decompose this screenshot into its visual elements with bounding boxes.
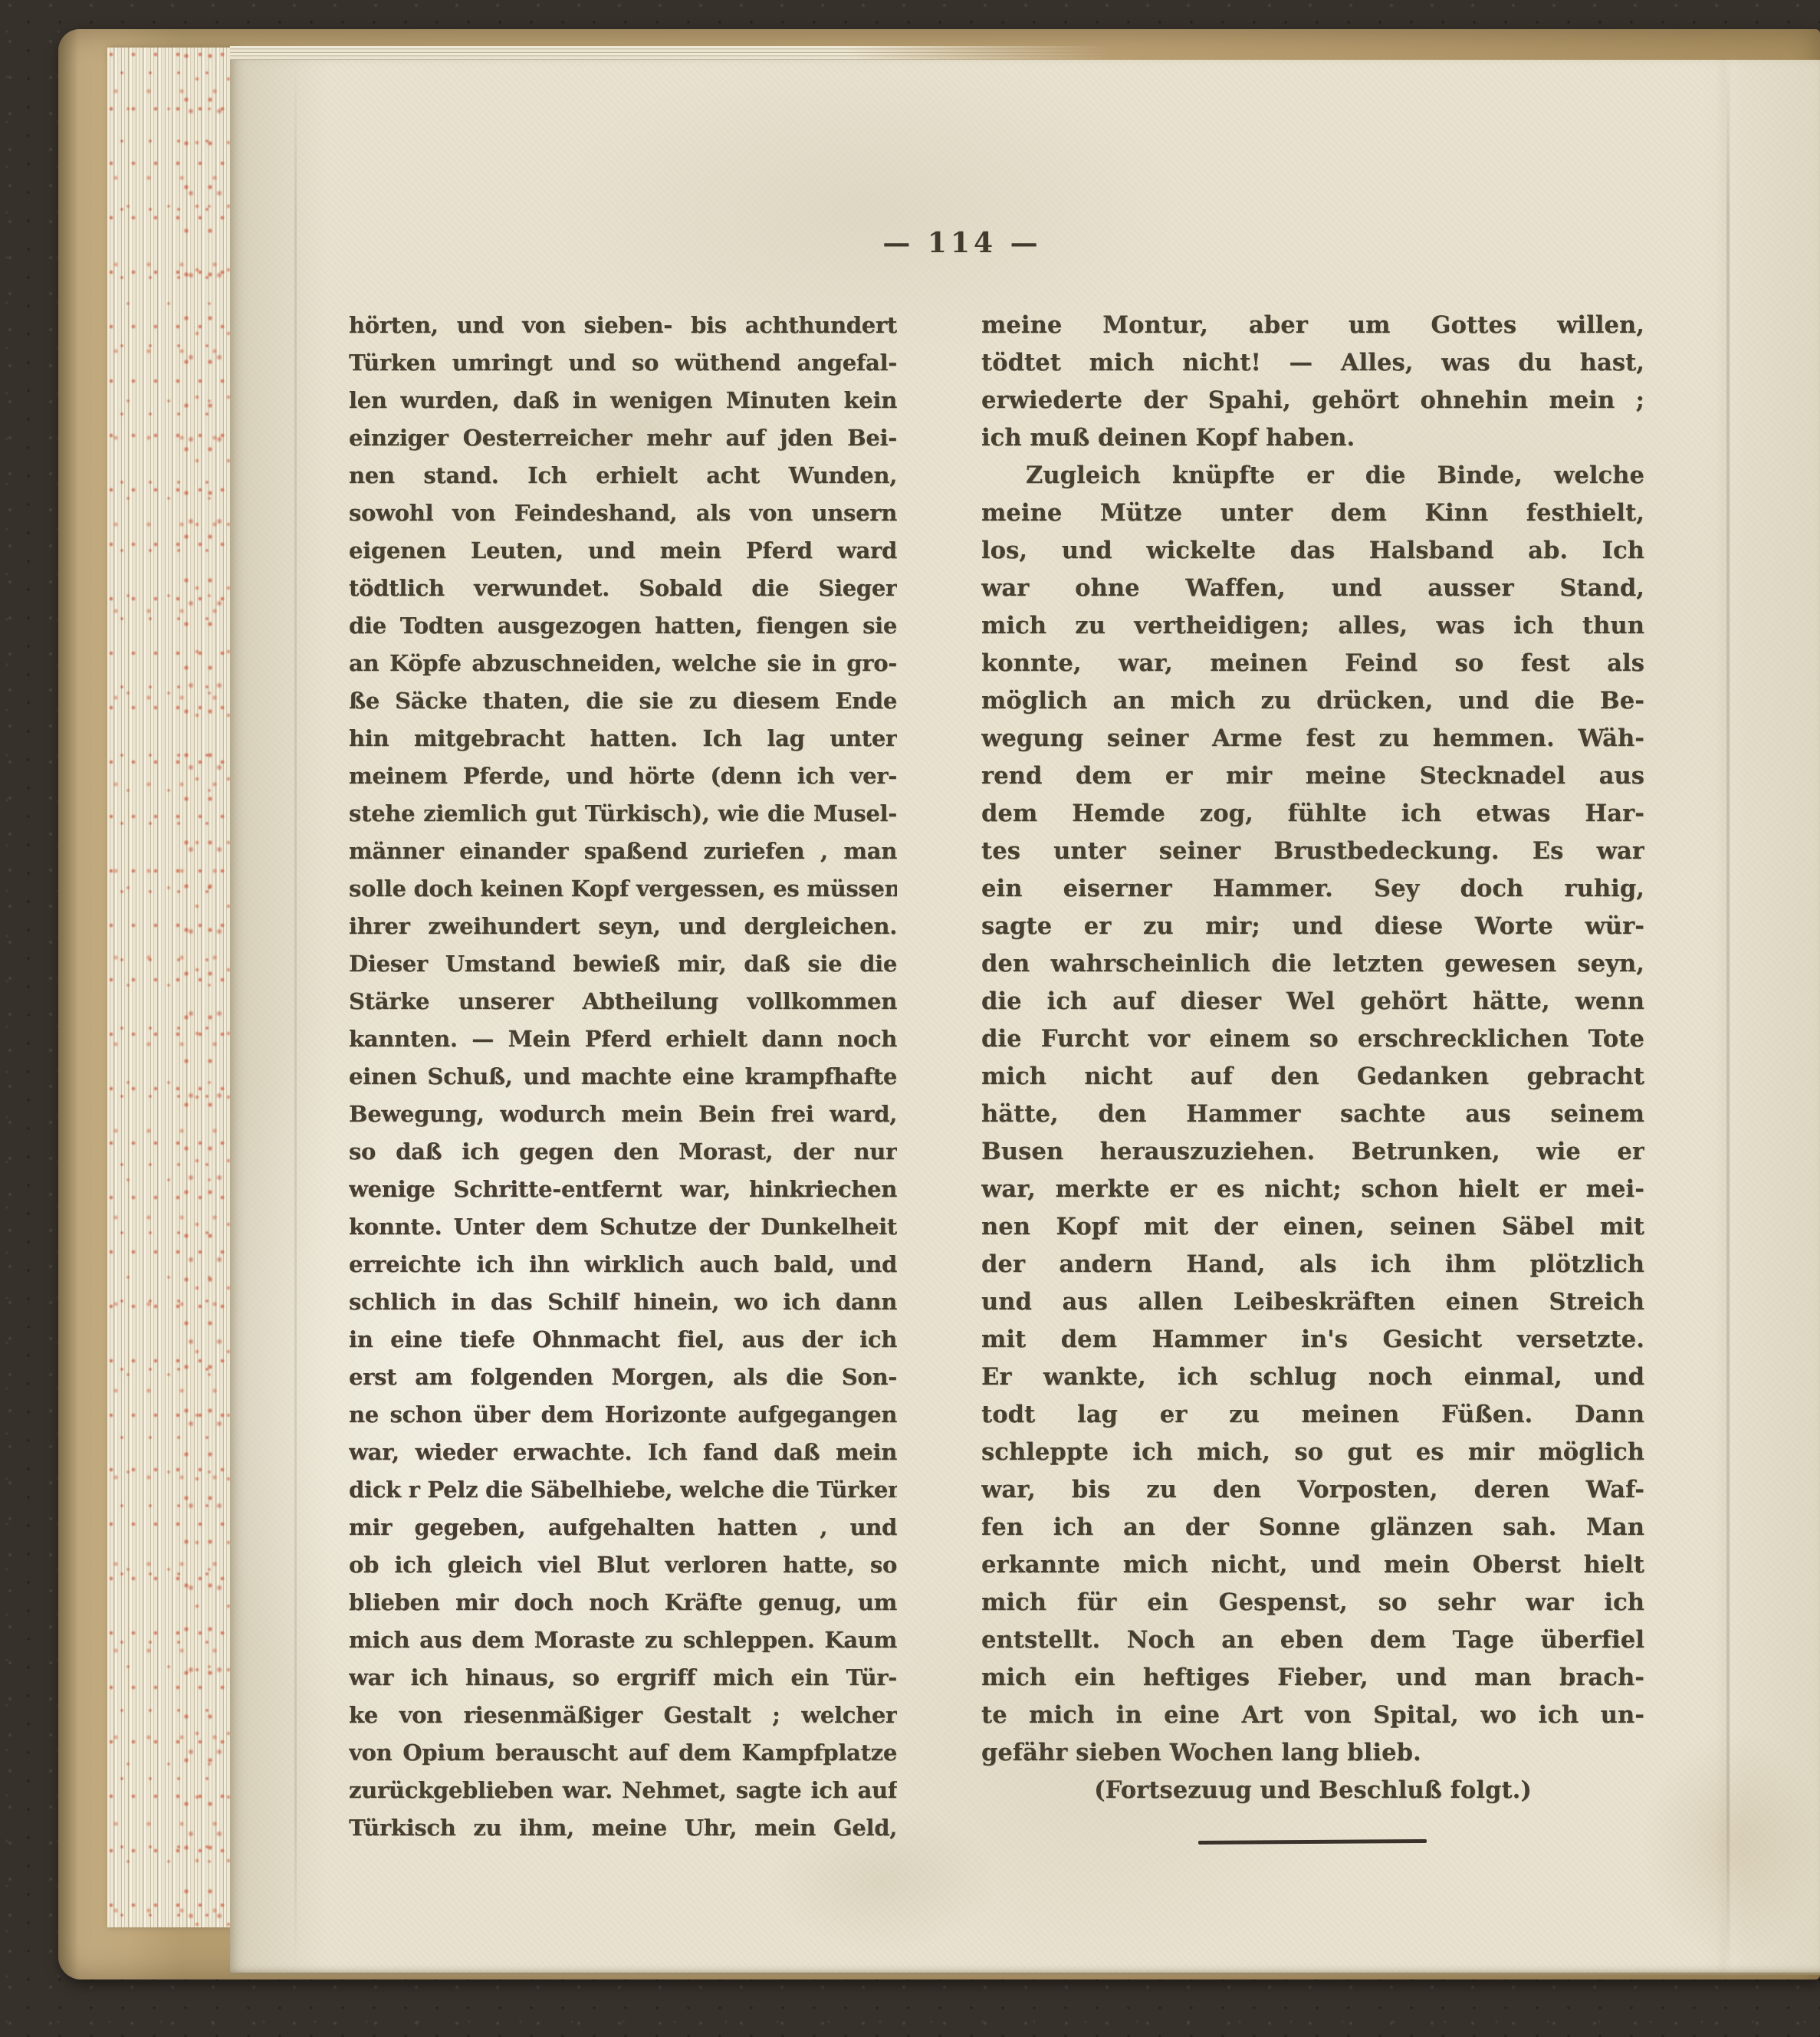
text-line: konnte. Unter dem Schutze der Dunkelheit [349, 1208, 897, 1246]
text-line: in eine tiefe Ohnmacht fiel, aus der ich [349, 1321, 897, 1359]
text-line: ein eiserner Hammer. Sey doch ruhig, [981, 870, 1644, 908]
text-line: sowohl von Feindeshand, als von unsern [349, 494, 897, 532]
text-line: mich aus dem Moraste zu schleppen. Kaum [349, 1621, 897, 1659]
text-line: wegung seiner Arme fest zu hemmen. Wäh- [981, 720, 1644, 757]
text-line: Stärke unserer Abtheilung vollkommen [349, 983, 897, 1020]
text-line: einen Schuß, und machte eine krampfhafte [349, 1058, 897, 1096]
text-line: kannten. — Mein Pferd erhielt dann noch [349, 1020, 897, 1058]
text-line: (Fortsezuug und Beschluß folgt.) [981, 1772, 1644, 1809]
text-line: ich muß deinen Kopf haben. [981, 419, 1644, 457]
text-line: fen ich an der Sonne glänzen sah. Man [981, 1509, 1644, 1546]
text-line: hätte, den Hammer sachte aus seinem [981, 1096, 1644, 1133]
text-line: mit dem Hammer in's Gesicht versetzte. [981, 1321, 1644, 1359]
page-edge-stack [107, 48, 236, 1927]
text-line: meinem Pferde, und hörte (denn ich ver- [349, 757, 897, 795]
text-line: an Köpfe abzuschneiden, welche sie in gr… [349, 645, 897, 682]
text-line: erst am folgenden Morgen, als die Son- [349, 1359, 897, 1396]
text-column-right: meine Montur, aber um Gottes willen,tödt… [981, 307, 1644, 1809]
text-line: ob ich gleich viel Blut verloren hatte, … [349, 1546, 897, 1584]
paper-crease-right [1726, 60, 1730, 1973]
text-line: hörten, und von sieben- bis achthundert [349, 307, 897, 344]
text-line: meine Mütze unter dem Kinn festhielt, [981, 494, 1644, 532]
text-line: erwiederte der Spahi, gehört ohnehin mei… [981, 382, 1644, 419]
paper-crease-left [294, 60, 297, 1973]
text-line: so daß ich gegen den Morast, der nur [349, 1133, 897, 1171]
text-line: entstellt. Noch an eben dem Tage überfie… [981, 1621, 1644, 1659]
text-line: ße Säcke thaten, die sie zu diesem Ende [349, 682, 897, 720]
book-scan-scene: — 114 — hörten, und von sieben- bis acht… [0, 0, 1820, 2037]
text-line: tes unter seiner Brustbedeckung. Es war [981, 833, 1644, 870]
text-line: rend dem er mir meine Stecknadel aus [981, 757, 1644, 795]
text-line: einziger Oesterreicher mehr auf jden Bei… [349, 419, 897, 457]
text-line: den wahrscheinlich die letzten gewesen s… [981, 945, 1644, 983]
section-divider-rule [1198, 1839, 1427, 1845]
text-line: und aus allen Leibeskräften einen Streic… [981, 1283, 1644, 1321]
text-line: sagte er zu mir; und diese Worte wür- [981, 908, 1644, 945]
text-line: mich zu vertheidigen; alles, was ich thu… [981, 607, 1644, 645]
page-number: — 114 — [349, 227, 1575, 268]
text-line: Bewegung, wodurch mein Bein frei ward, [349, 1096, 897, 1133]
text-line: mich ein heftiges Fieber, und man brach- [981, 1659, 1644, 1697]
text-line: war ich hinaus, so ergriff mich ein Tür- [349, 1659, 897, 1697]
text-line: ihrer zweihundert seyn, und dergleichen. [349, 908, 897, 945]
text-line: wenige Schritte-entfernt war, hinkrieche… [349, 1171, 897, 1208]
text-column-left: hörten, und von sieben- bis achthundertT… [349, 307, 897, 1847]
text-line: Busen herauszuziehen. Betrunken, wie er [981, 1133, 1644, 1171]
text-line: blieben mir doch noch Kräfte genug, um [349, 1584, 897, 1621]
text-line: von Opium berauscht auf dem Kampfplatze [349, 1734, 897, 1772]
text-line: mir gegeben, aufgehalten hatten , und [349, 1509, 897, 1546]
text-line: schleppte ich mich, so gut es mir möglic… [981, 1434, 1644, 1471]
text-line: len wurden, daß in wenigen Minuten kein [349, 382, 897, 419]
text-line: die Furcht vor einem so erschrecklichen … [981, 1020, 1644, 1058]
text-line: meine Montur, aber um Gottes willen, [981, 307, 1644, 344]
text-line: eigenen Leuten, und mein Pferd ward [349, 532, 897, 570]
text-line: te mich in eine Art von Spital, wo ich u… [981, 1697, 1644, 1734]
text-line: Türken umringt und so wüthend angefal- [349, 344, 897, 382]
text-line: möglich an mich zu drücken, und die Be- [981, 682, 1644, 720]
text-line: nen stand. Ich erhielt acht Wunden, [349, 457, 897, 494]
text-line: erkannte mich nicht, und mein Oberst hie… [981, 1546, 1644, 1584]
text-line: Türkisch zu ihm, meine Uhr, mein Geld, [349, 1809, 897, 1847]
text-line: ke von riesenmäßiger Gestalt ; welcher [349, 1697, 897, 1734]
text-line: mich für ein Gespenst, so sehr war ich [981, 1584, 1644, 1621]
text-line: Zugleich knüpfte er die Binde, welche [981, 457, 1644, 494]
text-line: tödtlich verwundet. Sobald die Sieger [349, 570, 897, 607]
text-line: mich nicht auf den Gedanken gebracht [981, 1058, 1644, 1096]
book-page: — 114 — hörten, und von sieben- bis acht… [230, 60, 1820, 1975]
text-line: hin mitgebracht hatten. Ich lag unter [349, 720, 897, 757]
top-sheet-edges [230, 46, 1112, 60]
text-line: schlich in das Schilf hinein, wo ich dan… [349, 1283, 897, 1321]
text-line: die ich auf dieser Wel gehört hätte, wen… [981, 983, 1644, 1020]
text-line: dem Hemde zog, fühlte ich etwas Har- [981, 795, 1644, 833]
paper-stain [1641, 1731, 1820, 1961]
text-line: los, und wickelte das Halsband ab. Ich [981, 532, 1644, 570]
text-line: dick r Pelz die Säbelhiebe, welche die T… [349, 1471, 897, 1509]
text-line: der andern Hand, als ich ihm plötzlich [981, 1246, 1644, 1283]
text-line: gefähr sieben Wochen lang blieb. [981, 1734, 1644, 1772]
text-line: tödtet mich nicht! — Alles, was du hast, [981, 344, 1644, 382]
text-line: konnte, war, meinen Feind so fest als [981, 645, 1644, 682]
text-line: die Todten ausgezogen hatten, fiengen si… [349, 607, 897, 645]
text-line: war, merkte er es nicht; schon hielt er … [981, 1171, 1644, 1208]
text-line: todt lag er zu meinen Füßen. Dann [981, 1396, 1644, 1434]
text-line: Er wankte, ich schlug noch einmal, und [981, 1359, 1644, 1396]
text-line: war, wieder erwachte. Ich fand daß mein [349, 1434, 897, 1471]
text-line: solle doch keinen Kopf vergessen, es müs… [349, 870, 897, 908]
page-edge-speckles [181, 48, 236, 1927]
text-line: war, bis zu den Vorposten, deren Waf- [981, 1471, 1644, 1509]
text-line: nen Kopf mit der einen, seinen Säbel mit [981, 1208, 1644, 1246]
text-line: erreichte ich ihn wirklich auch bald, un… [349, 1246, 897, 1283]
text-line: zurückgeblieben war. Nehmet, sagte ich a… [349, 1772, 897, 1809]
text-line: Dieser Umstand bewieß mir, daß sie die [349, 945, 897, 983]
text-line: stehe ziemlich gut Türkisch), wie die Mu… [349, 795, 897, 833]
text-line: war ohne Waffen, und ausser Stand, [981, 570, 1644, 607]
text-line: männer einander spaßend zuriefen , man [349, 833, 897, 870]
text-line: ne schon über dem Horizonte aufgegangen [349, 1396, 897, 1434]
